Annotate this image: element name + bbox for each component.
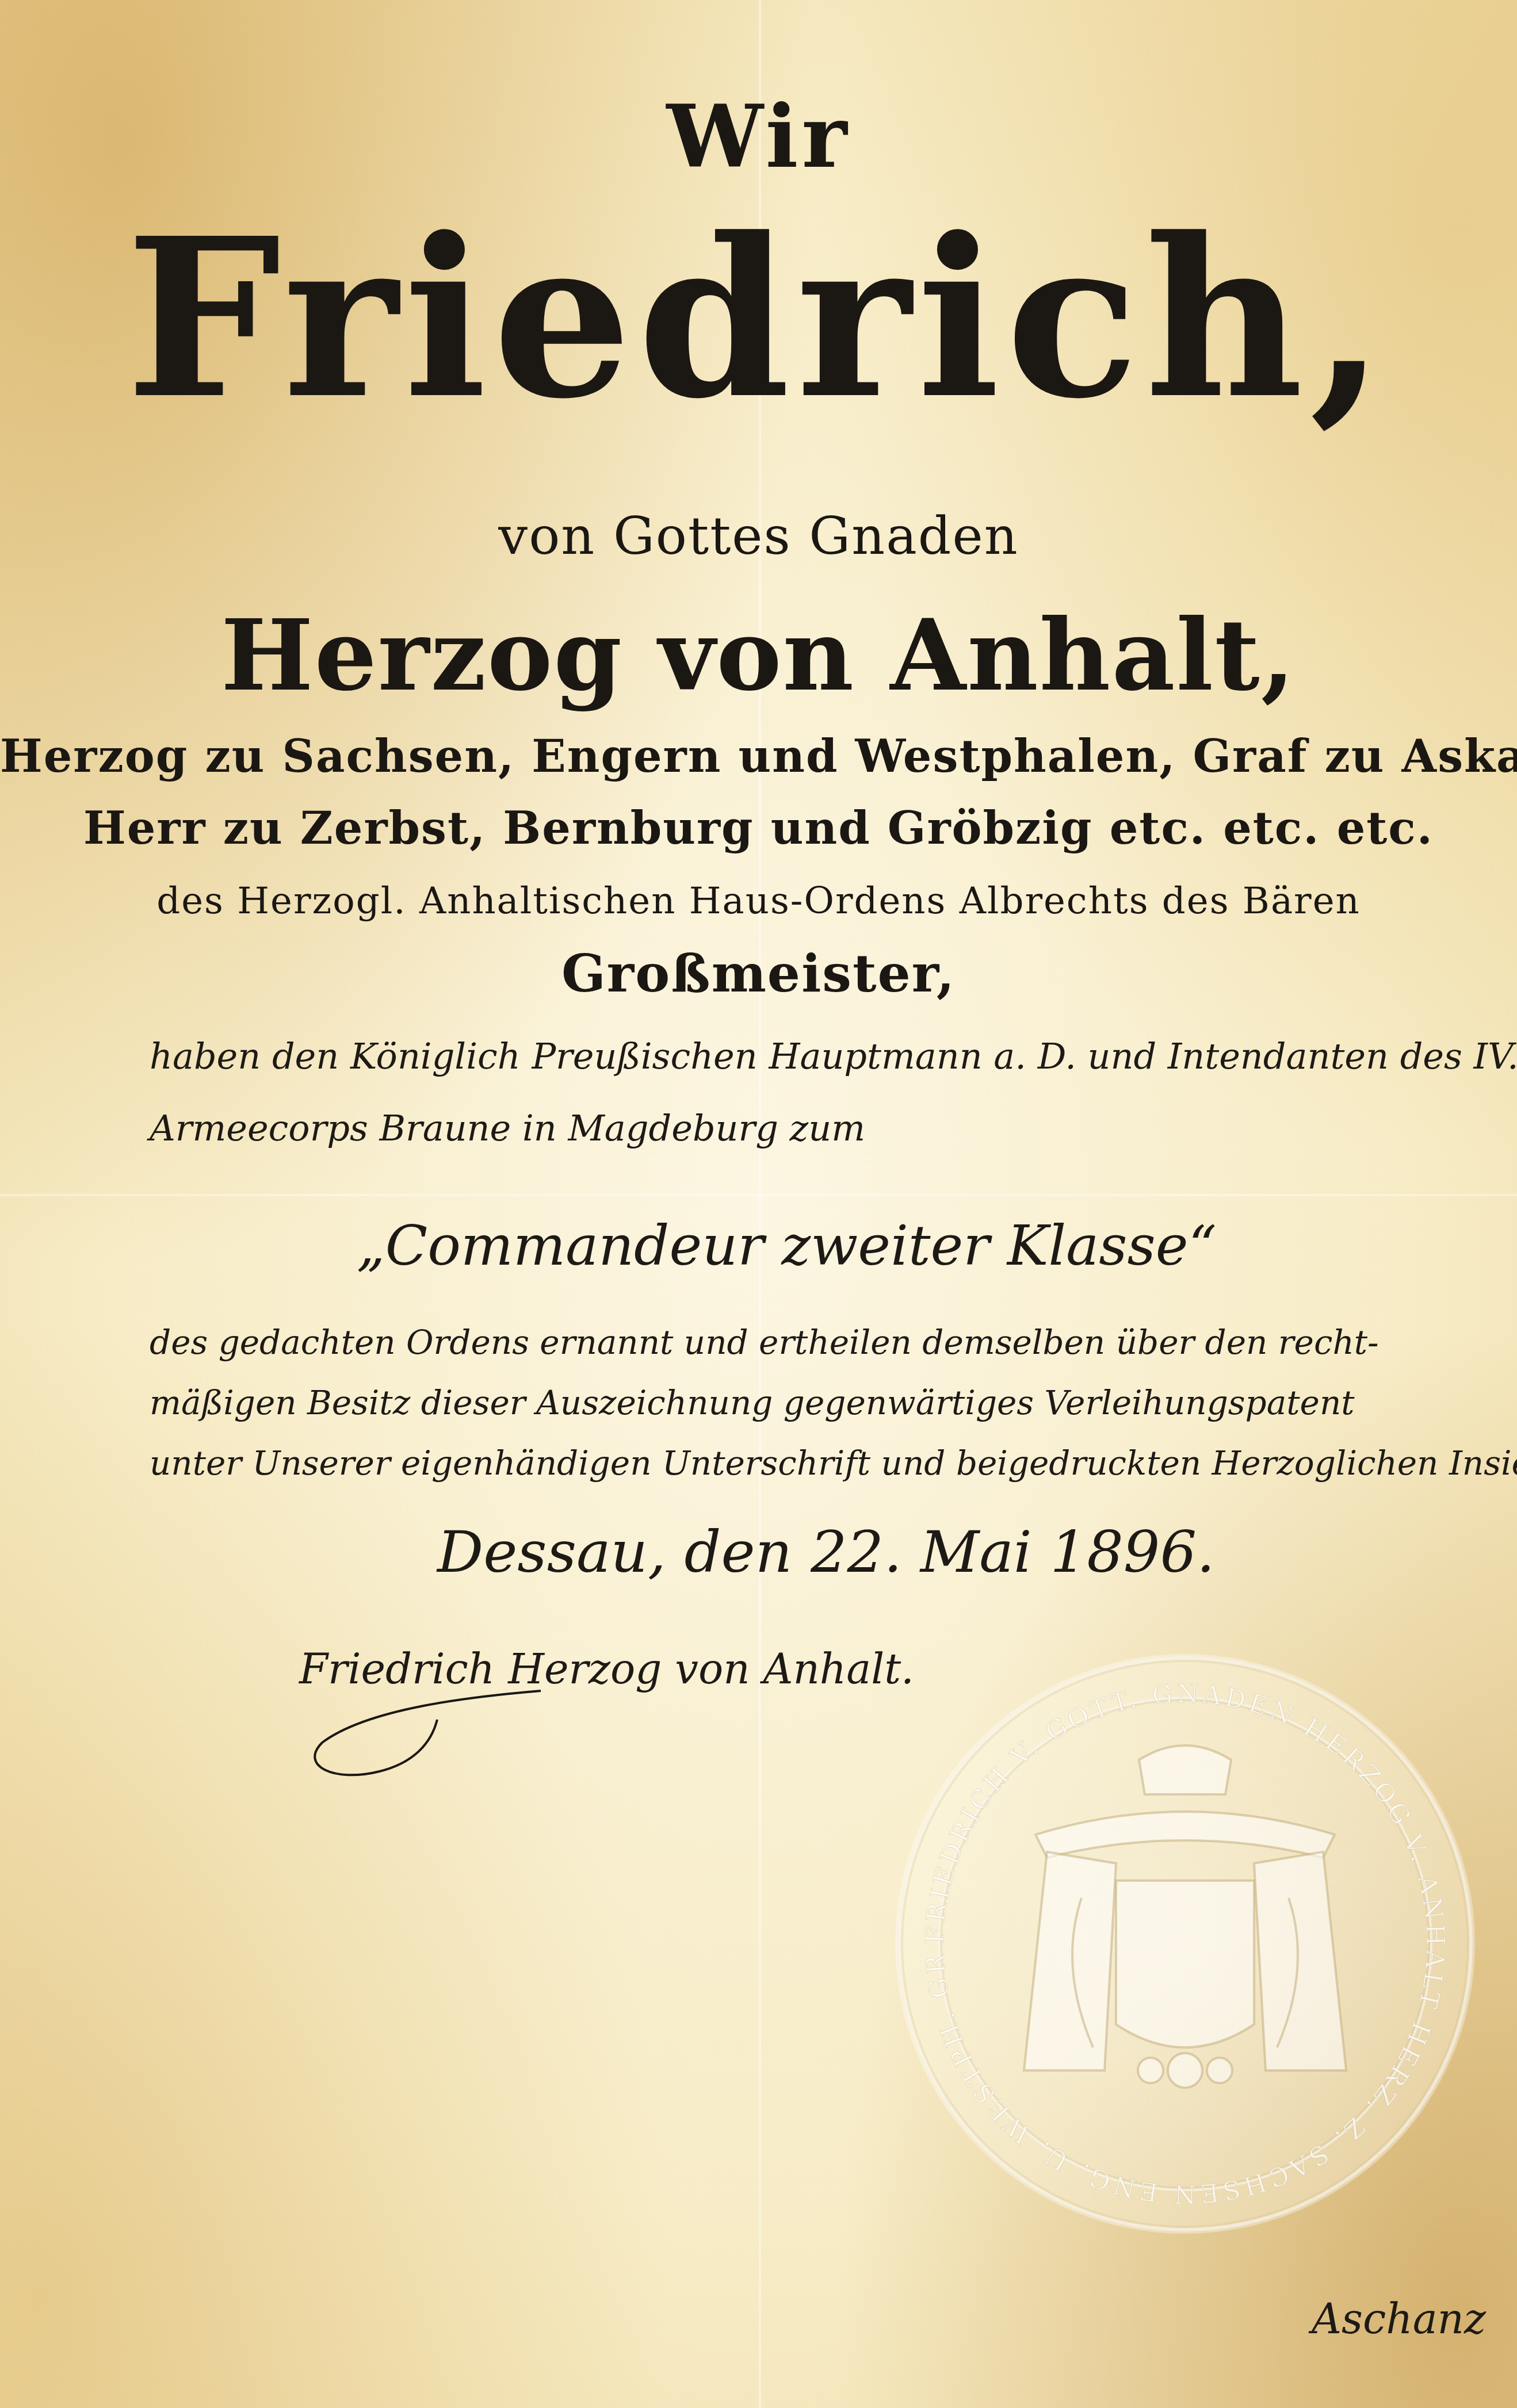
body-line-1: haben den Königlich Preußischen Hauptman… [150, 1035, 1415, 1077]
titles-line-1: Herzog zu Sachsen, Engern und Westphalen… [0, 730, 1517, 783]
body-line-4: mäßigen Besitz dieser Auszeichnung gegen… [150, 1383, 1415, 1422]
order-line: des Herzogl. Anhaltischen Haus-Ordens Al… [0, 880, 1517, 922]
place-and-date: Dessau, den 22. Mai 1896. [437, 1518, 1128, 1586]
rank-awarded: „Commandeur zweiter Klasse“ [357, 1213, 1277, 1278]
body-line-3: des gedachten Ordens ernannt und ertheil… [150, 1323, 1415, 1362]
heading-we: Wir [0, 86, 1517, 187]
titles-line-2: Herr zu Zerbst, Bernburg und Gröbzig etc… [0, 802, 1517, 855]
countersignature: Aschanz [1312, 2295, 1486, 2343]
signature-flourish-icon [299, 1685, 598, 1783]
body-line-2: Armeecorps Braune in Magdeburg zum [150, 1107, 1415, 1149]
grandmaster-title: Großmeister, [0, 943, 1517, 1004]
horizontal-fold-crease [0, 1193, 1517, 1197]
ruler-name: Friedrich, [0, 190, 1517, 447]
body-line-5: unter Unserer eigenhändigen Unterschrift… [150, 1444, 1415, 1483]
coat-of-arms-icon [1012, 1725, 1358, 2128]
by-grace-of-god: von Gottes Gnaden [0, 506, 1517, 566]
main-title: Herzog von Anhalt, [0, 598, 1517, 713]
embossed-seal: FRIEDRICH V. GOTT. GNADEN HERZOG V. ANHA… [897, 1656, 1473, 2231]
document-page: Wir Friedrich, von Gottes Gnaden Herzog … [0, 0, 1517, 2408]
